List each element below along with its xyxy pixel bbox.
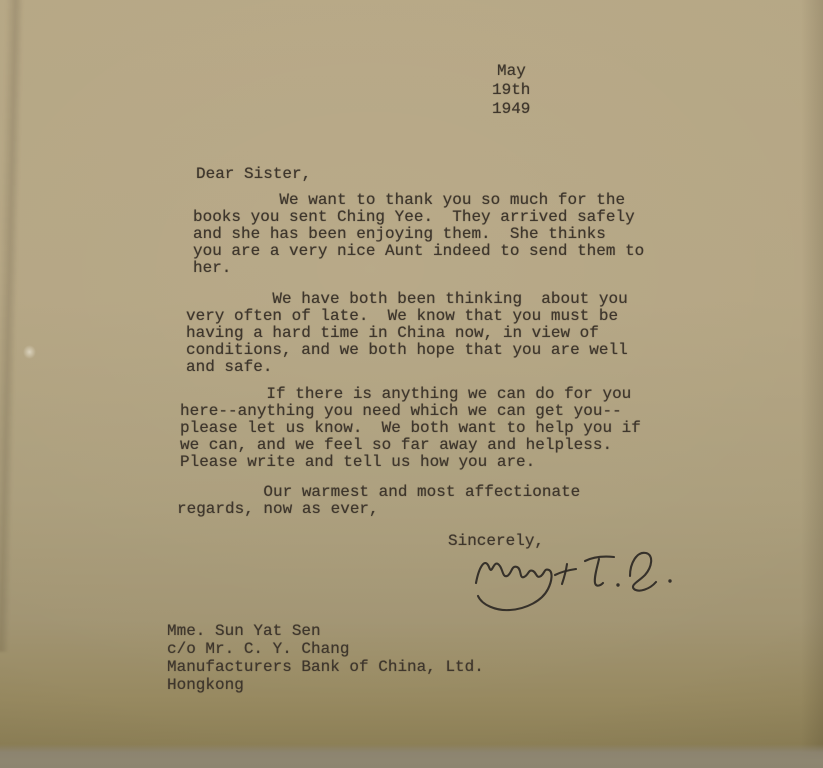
text-line: Please write and tell us how you are. (180, 454, 641, 471)
text-line: you are a very nice Aunt indeed to send … (193, 243, 644, 260)
text-line: Our warmest and most affectionate (177, 484, 580, 501)
text-line: here--anything you need which we can get… (180, 403, 641, 420)
text-line: Mme. Sun Yat Sen (167, 622, 484, 640)
text-line: and safe. (186, 359, 628, 376)
text-line: 1949 (492, 100, 530, 119)
text-line: We want to thank you so much for the (193, 192, 644, 209)
text-line: conditions, and we both hope that you ar… (186, 342, 628, 359)
text-line: and she has been enjoying them. She thin… (193, 226, 644, 243)
signature-ink-strokes (430, 545, 680, 617)
text-line: 19th (492, 81, 530, 100)
text-line: very often of late. We know that you mus… (186, 308, 628, 325)
text-line: Hongkong (167, 676, 484, 694)
paper-bottom-edge (0, 744, 823, 768)
text-line: having a hard time in China now, in view… (186, 325, 628, 342)
text-line: regards, now as ever, (177, 501, 580, 518)
letter-date: May19th1949 (492, 62, 530, 119)
body-paragraph-1: We want to thank you so much for thebook… (193, 192, 644, 277)
text-line: We have both been thinking about you (186, 291, 628, 308)
text-line: c/o Mr. C. Y. Chang (167, 640, 484, 658)
body-paragraph-3: If there is anything we can do for youhe… (180, 386, 641, 471)
text-line: Manufacturers Bank of China, Ltd. (167, 658, 484, 676)
recipient-address: Mme. Sun Yat Senc/o Mr. C. Y. ChangManuf… (167, 622, 484, 694)
text-line: her. (193, 260, 644, 277)
letter-photo: May19th1949 Dear Sister, We want to than… (0, 0, 823, 768)
text-line: please let us know. We both want to help… (180, 420, 641, 437)
body-paragraph-2: We have both been thinking about youvery… (186, 291, 628, 376)
paper-fold-crease (0, 0, 24, 652)
text-line: books you sent Ching Yee. They arrived s… (193, 209, 644, 226)
text-line: we can, and we feel so far away and help… (180, 437, 641, 454)
salutation: Dear Sister, (196, 166, 311, 183)
text-line: If there is anything we can do for you (180, 386, 641, 403)
paper-blemish-spot (23, 345, 36, 359)
handwritten-signature (430, 545, 680, 617)
body-paragraph-4: Our warmest and most affectionateregards… (177, 484, 580, 518)
text-line: May (492, 62, 530, 81)
